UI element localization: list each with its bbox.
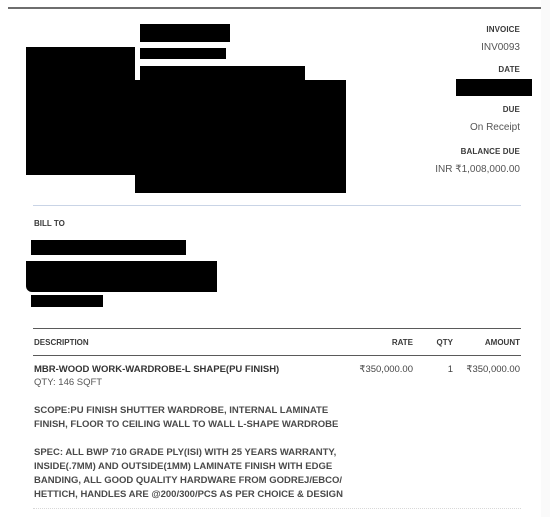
column-header-amount: AMOUNT (485, 338, 520, 347)
table-top-border (33, 328, 521, 329)
column-header-qty: QTY (437, 338, 453, 347)
row-divider (33, 508, 521, 509)
redacted-bill-to-address (26, 261, 217, 292)
invoice-number: INV0093 (481, 42, 520, 53)
redacted-logo (26, 47, 135, 175)
column-header-description: DESCRIPTION (34, 338, 89, 347)
date-label: DATE (498, 65, 520, 74)
page-top-border (8, 7, 541, 9)
balance-due-value: INR ₹1,008,000.00 (435, 164, 520, 175)
redacted-sender-name (140, 24, 230, 42)
invoice-label: INVOICE (486, 25, 520, 34)
item-scope: SCOPE:PU FINISH SHUTTER WARDROBE, INTERN… (34, 404, 364, 432)
redacted-sender-line-1 (140, 48, 226, 59)
item-rate: ₹350,000.00 (359, 364, 413, 375)
item-qty: 1 (448, 364, 453, 375)
due-label: DUE (503, 105, 520, 114)
bill-to-label: BILL TO (34, 219, 65, 228)
redacted-date-value (456, 79, 532, 96)
item-spec: SPEC: ALL BWP 710 GRADE PLY(ISI) WITH 25… (34, 446, 364, 502)
redacted-bill-to-line-3 (31, 295, 103, 307)
item-subtitle: QTY: 146 SQFT (34, 377, 102, 388)
section-divider (33, 205, 521, 206)
item-title: MBR-WOOD WORK-WARDROBE-L SHAPE(PU FINISH… (34, 364, 279, 375)
column-header-rate: RATE (392, 338, 413, 347)
redacted-sender-line-2 (140, 66, 305, 80)
redacted-sender-address (135, 80, 346, 193)
table-header-border (33, 355, 521, 356)
due-value: On Receipt (470, 122, 520, 133)
item-amount: ₹350,000.00 (466, 364, 520, 375)
page-edge (541, 0, 550, 517)
redacted-bill-to-name (31, 240, 186, 255)
balance-due-label: BALANCE DUE (461, 147, 520, 156)
